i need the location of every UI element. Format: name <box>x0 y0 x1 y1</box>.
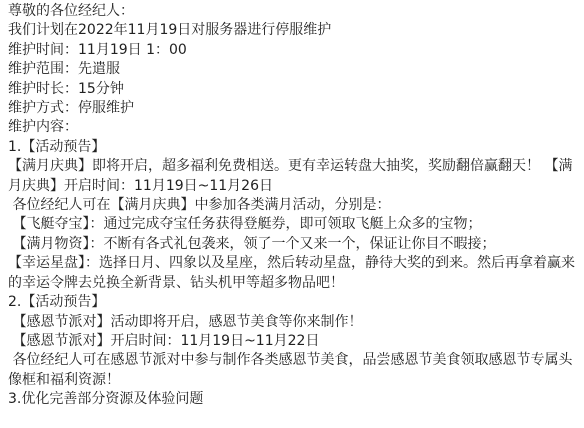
section1-item-airship: 【飞艇夺宝】：通过完成夺宝任务获得登艇券，即可领取飞艇上众多的宝物； <box>8 215 578 234</box>
section2-detail: 各位经纪人可在感恩节派对中参与制作各类感恩节美食，品尝感恩节美食领取感恩节专属头… <box>8 351 580 390</box>
maintenance-time: 维护时间：11月19日 1：00 <box>8 41 578 60</box>
section2-time: 【感恩节派对】开启时间：11月19日~11月22日 <box>8 332 578 351</box>
intro-text: 我们计划在2022年11月19日对服务器进行停服维护 <box>8 21 578 40</box>
section1-heading: 1.【活动预告】 <box>8 138 578 157</box>
section1-intro: 各位经纪人可在【满月庆典】中参加各类满月活动，分别是： <box>8 196 578 215</box>
maintenance-content-label: 维护内容： <box>8 118 578 137</box>
section3-heading: 3.优化完善部分资源及体验问题 <box>8 390 578 409</box>
greeting: 尊敬的各位经纪人： <box>8 2 578 21</box>
maintenance-duration: 维护时长：15分钟 <box>8 80 578 99</box>
section2-heading: 2.【活动预告】 <box>8 293 578 312</box>
section1-item-supplies: 【满月物资】：不断有各式礼包袭来，领了一个又来一个，保证让你目不暇接； <box>8 235 578 254</box>
section1-description: 【满月庆典】即将开启，超多福利免费相送。更有幸运转盘大抽奖，奖励翻倍赢翻天！ 【… <box>8 157 580 196</box>
maintenance-notice: 尊敬的各位经纪人： 我们计划在2022年11月19日对服务器进行停服维护 维护时… <box>0 0 584 410</box>
section2-description: 【感恩节派对】活动即将开启，感恩节美食等你来制作！ <box>8 313 578 332</box>
maintenance-method: 维护方式：停服维护 <box>8 99 578 118</box>
section1-item-star-wheel: 【幸运星盘】：选择日月、四象以及星座，然后转动星盘，静待大奖的到来。然后再拿着赢… <box>8 254 580 293</box>
maintenance-scope: 维护范围：先遣服 <box>8 60 578 79</box>
